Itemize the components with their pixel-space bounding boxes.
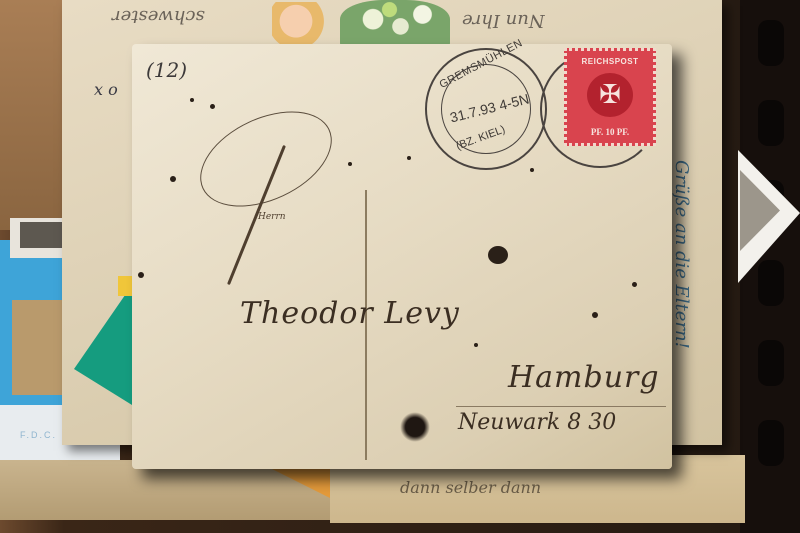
address-city: Hamburg bbox=[508, 360, 660, 395]
bottom-script: dann selber dann bbox=[400, 478, 541, 497]
eagle-icon: ✠ bbox=[587, 73, 633, 117]
ink-spot bbox=[210, 104, 215, 109]
addressee-name: Theodor Levy bbox=[240, 296, 460, 331]
ink-spot bbox=[190, 98, 194, 102]
film-hole bbox=[758, 420, 784, 466]
ink-spot bbox=[632, 282, 637, 287]
torn-kraft-paper bbox=[12, 300, 62, 395]
ink-spot bbox=[348, 162, 352, 166]
ink-spot bbox=[170, 176, 176, 182]
top-script-right: Nun Ihre bbox=[462, 10, 545, 31]
ink-blot bbox=[488, 246, 508, 264]
stamp-top-text: REICHSPOST bbox=[571, 57, 649, 66]
postage-stamp: REICHSPOST ✠ PF. 10 PF. bbox=[564, 48, 656, 146]
top-script-left: schwester bbox=[112, 6, 205, 27]
ink-spot bbox=[530, 168, 534, 172]
ink-spot bbox=[474, 343, 478, 347]
stamp-value: PF. 10 PF. bbox=[571, 127, 649, 137]
postmark: GREMSMÜHLEN 31.7.93 4-5N (BZ. KIEL) bbox=[425, 48, 547, 170]
film-hole bbox=[758, 260, 784, 306]
flower-scrap bbox=[340, 0, 450, 48]
film-hole bbox=[758, 20, 784, 66]
side-script: Grüße an die Eltern! bbox=[671, 160, 692, 349]
salutation-word: Herrn bbox=[258, 212, 286, 222]
address-underline bbox=[456, 406, 666, 407]
ink-blot-bottom bbox=[400, 412, 430, 442]
address-street: Neuwark 8 30 bbox=[458, 410, 616, 435]
left-mark: x o bbox=[94, 80, 118, 99]
film-hole bbox=[758, 100, 784, 146]
envelope-number: (12) bbox=[146, 58, 187, 82]
ink-spot bbox=[592, 312, 598, 318]
cherub-scrap bbox=[272, 2, 332, 50]
small-photo-image bbox=[20, 222, 64, 248]
ink-spot bbox=[407, 156, 411, 160]
film-hole bbox=[758, 340, 784, 386]
fdc-label: F.D.C. bbox=[20, 430, 57, 440]
ink-spot bbox=[138, 272, 144, 278]
yellow-paper bbox=[118, 276, 132, 296]
